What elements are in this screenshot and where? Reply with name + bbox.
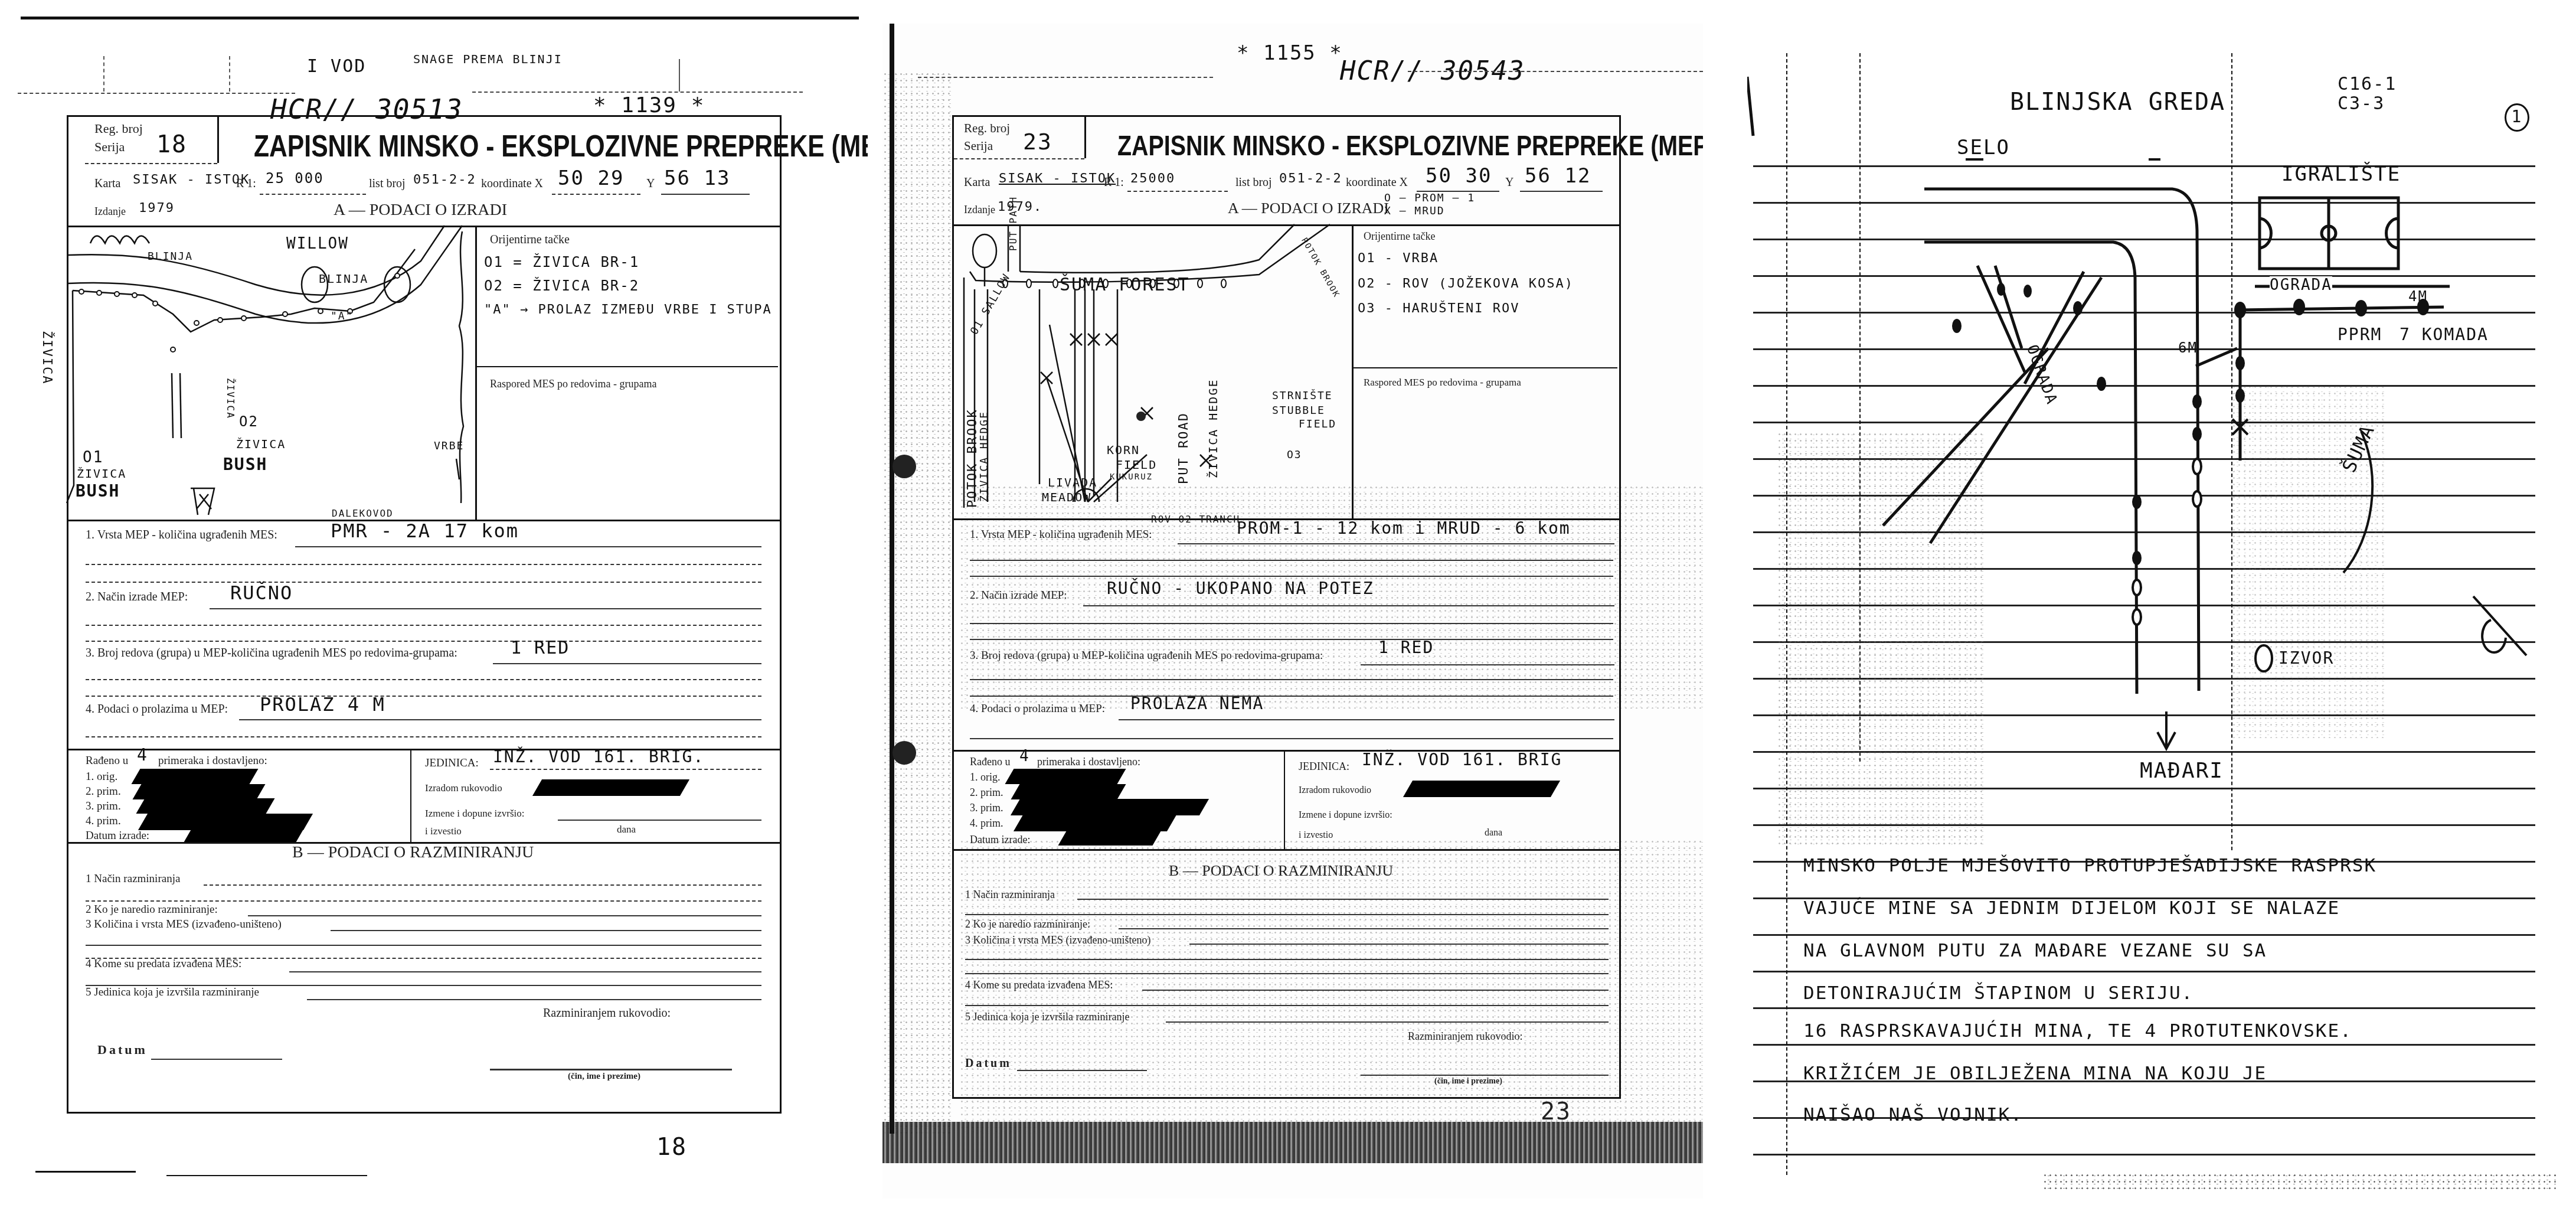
item-4-label: 4. Podaci o prolazima u MEP: (86, 703, 228, 716)
document-page-2: * 1155 * HCR// 30543 Reg. broj Serija 23… (882, 24, 1703, 1199)
item-line (86, 696, 761, 697)
sketch-label-o2: O2 (239, 413, 259, 430)
radeno-post: primeraka i dostavljeno: (158, 755, 267, 768)
form-title: ZAPISNIK MINSKO - EKSPLOZIVNE PREPREKE (… (254, 129, 868, 164)
razminiranjem-label: Razminiranjem rukovodio: (1408, 1030, 1522, 1043)
orientation-label: Orijentirne tačke (490, 233, 570, 247)
karta-label: Karta (94, 177, 120, 191)
scan-noise (2042, 1172, 2556, 1190)
section-a-heading: A — PODACI O IZRADI (1228, 200, 1389, 217)
orientation-point-3: O3 - HARUŠTENI ROV (1358, 301, 1519, 316)
copy-row-4: 4. prim. (86, 815, 121, 828)
notebook-rule-line (1753, 934, 2535, 936)
orientation-label: Orijentirne tačke (1364, 230, 1435, 243)
koord-y-label: Y (646, 177, 655, 191)
signature-caption: (čin, ime i prezime) (568, 1072, 640, 1082)
orientation-point-3: "A" → PROLAZ IZMEĐU VRBE I STUPA (484, 302, 772, 317)
note-line-3: NA GLAVNOM PUTU ZA MAĐARE VEZANE SU SA (1803, 940, 2267, 961)
scan-edge-dark (882, 1122, 1703, 1163)
y-underline (1520, 191, 1603, 192)
margin-marks (918, 77, 1213, 78)
izmene-label: Izmene i dopune izvršio: (1299, 810, 1392, 821)
b-line (307, 999, 761, 1000)
izradom-label: Izradom rukovodio (425, 782, 502, 794)
item-3-label: 3. Broj redova (grupa) u MEP-količina ug… (86, 647, 457, 660)
sketch-label-dalekovod: DALEKOVOD (332, 508, 394, 519)
raspored-divider (1352, 367, 1617, 368)
scan-edge-line (35, 1171, 136, 1173)
sketch-label-komada: 7 KOMADA (2400, 325, 2489, 344)
koord-y-value: 56 13 (664, 167, 730, 190)
sketch-label-kukuruz: KUKURUZ (1110, 472, 1153, 482)
b-line (1142, 990, 1609, 991)
sketch-label-pprm: PPRM (2338, 325, 2382, 344)
margin-tick (103, 56, 104, 92)
izdanje-value: 1979 (139, 201, 175, 216)
b-item-4: 4 Kome su predata izvađena MES: (86, 958, 241, 971)
signature-line (1361, 1075, 1609, 1076)
datum-label: Datum (97, 1042, 148, 1057)
item-1-value: PMR - 2A 17 kom (331, 520, 519, 542)
izradom-label: Izradom rukovodio (1299, 785, 1371, 796)
item-line (970, 639, 1613, 640)
r-underline (1127, 191, 1228, 192)
b-line (1077, 899, 1609, 900)
b-line (965, 959, 1609, 960)
scan-edge-line (166, 1175, 367, 1176)
jedinica-value: INŽ. VOD 161. BRIG. (493, 747, 704, 766)
sketch-label-bush-1: BUSH (76, 481, 120, 501)
b-line (248, 915, 761, 916)
document-page-3: BLINJSKA GREDA C16-1 C3-3 1 (1747, 53, 2559, 1193)
redaction (136, 798, 274, 814)
item-1-label: 1. Vrsta MEP - količina ugrađenih MES: (970, 528, 1152, 541)
razminiranjem-label: Razminiranjem rukovodio: (543, 1007, 671, 1020)
item-4-value: PROLAZ 4 M (260, 693, 385, 716)
list-label: list broj (1235, 176, 1272, 190)
sketch-label-willow: WILLOW (286, 235, 349, 253)
sketch-label-ograda-top: OGRADA (2270, 276, 2332, 294)
b-line (1189, 944, 1609, 945)
sketch-label-zivica-left: ŽIVICA (40, 331, 54, 384)
r-label: R 1: (1104, 176, 1124, 190)
reg-box-bottom (85, 163, 217, 164)
copy-row-3: 3. prim. (86, 800, 121, 813)
redaction (131, 769, 258, 784)
unit-line (558, 820, 761, 821)
sketch-label-blinja-1: BLINJA (148, 250, 193, 263)
sketch-label-zivica-o1: ŽIVICA (77, 466, 126, 481)
copy-row-2: 2. prim. (970, 786, 1003, 799)
item-line (970, 738, 1613, 739)
b-item-5: 5 Jedinica koja je izvršila razminiranje (965, 1011, 1129, 1023)
b-line (86, 945, 761, 946)
b-line (965, 914, 1609, 915)
orientation-point-2: O2 = ŽIVICA BR-2 (484, 278, 639, 294)
item-line (86, 582, 761, 583)
radeno-count: 4 (137, 745, 148, 765)
item-line (970, 576, 1613, 577)
item-line (1361, 664, 1614, 665)
notebook-rule-line (1753, 1044, 2535, 1046)
r-value: 25000 (1130, 171, 1175, 186)
minefield-sketch (67, 226, 475, 520)
list-value: 051-2-2 (413, 172, 476, 187)
sketch-label-strniste: STRNIŠTE (1272, 390, 1333, 402)
notebook-rule-line (1753, 1154, 2535, 1155)
reg-box-divider (217, 117, 219, 163)
r-underline (260, 194, 366, 195)
r-value: 25 000 (266, 170, 324, 187)
unit-line (490, 769, 761, 770)
b-item-3: 3 Količina i vrsta MES (izvađeno-uništen… (86, 918, 282, 931)
note-line-5: 16 RASPRSKAVAJUĆIH MINA, TE 4 PROTUTENKO… (1803, 1020, 2352, 1042)
sketch-label-field: FIELD (1116, 458, 1157, 472)
stamp-number: * 1139 * (593, 93, 705, 117)
sketch-label-korn: KORN (1107, 443, 1140, 457)
redaction (1011, 784, 1126, 799)
notebook-rule-line (1753, 1007, 2535, 1009)
note-line-2: VAJUĆE MINE SA JEDNIM DIJELOM KOJI SE NA… (1803, 897, 2340, 919)
b-item-5: 5 Jedinica koja je izvršila razminiranje (86, 986, 259, 999)
datum-line (151, 1059, 282, 1060)
item-line (239, 719, 761, 720)
stamp-number: * 1155 * (1237, 41, 1343, 65)
b-line (1119, 928, 1609, 929)
b-line (965, 1005, 1609, 1006)
list-value: 051-2-2 (1279, 171, 1342, 186)
sketch-label-igraliste: IGRALIŠTE (2281, 162, 2401, 186)
page-number: 18 (656, 1134, 687, 1161)
jedinica-label: JEDINICA: (425, 757, 479, 770)
margin-marks (18, 93, 295, 94)
copy-row-1: 1. orig. (970, 771, 1001, 784)
item-3-value: 1 RED (511, 638, 570, 658)
koord-y-value: 56 12 (1525, 164, 1591, 188)
serija-label: Serija (94, 139, 125, 155)
section-b-heading: B — PODACI O RAZMINIRANJU (1169, 862, 1393, 880)
sketch-label-zivica-hedge: ŽIVICA HEDGE (978, 411, 990, 502)
dana-label: dana (1485, 828, 1502, 838)
sketch-label-o1: O1 (83, 449, 103, 466)
sketch-label-bush-2: BUSH (223, 455, 267, 474)
reg-label: Reg. broj (964, 121, 1010, 136)
scan-edge-left (890, 24, 894, 1134)
redaction (1403, 781, 1560, 797)
item-line (970, 696, 1613, 697)
signature-line (490, 1069, 732, 1070)
binder-hole (893, 741, 916, 765)
b-line (331, 930, 761, 931)
b-line (965, 973, 1609, 974)
redaction (1005, 769, 1126, 784)
raspored-label: Raspored MES po redovima - grupama (1364, 377, 1521, 389)
sketch-label-stubble-field: FIELD (1299, 418, 1336, 430)
sketch-label-meadow: MEADOW (1042, 490, 1091, 504)
sketch-label-suma: ŠUMA FOREST (1060, 275, 1190, 295)
reg-box-divider (1084, 117, 1086, 158)
r-label: R 1: (236, 177, 256, 191)
b-line (1166, 1021, 1609, 1023)
sketch-label-put-road: PUT ROAD (1176, 412, 1191, 484)
radeno-post: primeraka i dostavljeno: (1037, 756, 1140, 768)
item-line (1083, 605, 1614, 606)
sketch-label-zivica-hedge-2: ŽIVICA HEDGE (1206, 379, 1220, 479)
minefield-sketch (1747, 53, 2559, 821)
item-4-label: 4. Podaci o prolazima u MEP: (970, 703, 1105, 716)
koord-y-label: Y (1505, 176, 1513, 190)
reg-box-bottom (954, 158, 1084, 159)
raspored-label: Raspored MES po redovima - grupama (490, 378, 656, 390)
item-line (493, 663, 761, 664)
sketch-label-vrbe: VRBE (434, 440, 464, 452)
item-4-value: PROLAZA NEMA (1130, 694, 1264, 713)
izvestio-label: i izvestio (425, 825, 462, 837)
b-item-1: 1 Način razminiranja (965, 889, 1055, 901)
section-b-heading: B — PODACI O RAZMINIRANJU (292, 843, 534, 862)
item-3-label: 3. Broj redova (grupa) u MEP-količina ug… (970, 649, 1323, 662)
redaction (132, 784, 265, 799)
scan-edge-line (21, 17, 859, 19)
sketch-label-blinja-2: BLINJA (319, 272, 368, 286)
izdanje-label: Izdanje (94, 205, 126, 218)
reg-label: Reg. broj (94, 121, 143, 136)
item-2-label: 2. Način izrade MEP: (86, 590, 188, 604)
koord-x-value: 50 29 (558, 167, 624, 190)
raspored-divider (475, 366, 778, 367)
item-3-value: 1 RED (1378, 638, 1434, 657)
item-2-label: 2. Način izrade MEP: (970, 589, 1067, 602)
redaction (532, 779, 689, 796)
item-line (86, 641, 761, 642)
copy-row-3: 3. prim. (970, 802, 1003, 814)
item-line (86, 679, 761, 680)
item-line (970, 560, 1613, 561)
platoon-note: I VOD (307, 56, 366, 77)
b-item-4: 4 Kome su predata izvađena MES: (965, 979, 1113, 991)
serija-label: Serija (964, 139, 993, 154)
legend-note-1: O – PROM – 1 (1384, 192, 1475, 204)
margin-tick (229, 56, 230, 92)
sketch-label-6m: 6M (2178, 340, 2198, 356)
item-line (295, 546, 761, 547)
note-line-7: NAIŠAO NAŠ VOJNIK. (1803, 1104, 2023, 1125)
legend-note-2: X – MRUD (1384, 205, 1445, 217)
note-line-6: KRIŽIĆEM JE OBILJEŽENA MINA NA KOJU JE (1803, 1063, 2267, 1084)
margin-marks (472, 92, 803, 93)
x-underline (552, 194, 640, 195)
margin-marks (1408, 71, 1703, 72)
sketch-label-stubble: STUBBLE (1272, 404, 1325, 417)
jedinica-label: JEDINICA: (1299, 760, 1349, 773)
orientation-point-2: O2 - ROV (JOŽEKOVA KOSA) (1358, 276, 1574, 291)
copy-row-1: 1. orig. (86, 771, 117, 784)
section-divider (952, 849, 1619, 851)
serija-value: 23 (1023, 129, 1052, 155)
document-page-1: I VOD SNAGE PREMA BLINJI HCR// 30513 * 1… (0, 0, 868, 1211)
b-item-2: 2 Ko je naredio razminiranje: (965, 918, 1090, 931)
sketch-label-izvor: IZVOR (2278, 648, 2334, 668)
radeno-pre: Rađeno u (970, 756, 1010, 768)
copies-divider (410, 749, 411, 842)
koord-x-value: 50 30 (1426, 164, 1492, 188)
redaction (1058, 830, 1161, 846)
izdanje-label: Izdanje (964, 204, 995, 216)
b-item-2: 2 Ko je naredio razminiranje: (86, 903, 218, 916)
sketch-label-selo: SELO (1957, 136, 2010, 159)
signature-caption: (čin, ime i prezime) (1434, 1077, 1502, 1086)
redaction (183, 828, 304, 843)
item-line (86, 564, 761, 565)
column-divider (1352, 224, 1354, 518)
karta-value: SISAK - ISTOK (133, 172, 250, 187)
sketch-label-zivica-mid: ŽIVICA (225, 378, 236, 419)
karta-label: Karta (964, 176, 990, 190)
note-line-1: MINSKO POLJE MJEŠOVITO PROTUPJEŠADIJSKE … (1803, 855, 2376, 876)
item-1-value: PROM-1 - 12 kom i MRUD - 6 kom (1237, 518, 1571, 538)
koord-x-label: koordinate X (481, 177, 543, 191)
b-item-1: 1 Način razminiranja (86, 873, 180, 886)
item-line (1119, 719, 1614, 720)
orientation-point-1: O1 = ŽIVICA BR-1 (484, 254, 639, 270)
handwritten-note: SNAGE PREMA BLINJI (413, 52, 563, 66)
y-underline (661, 194, 750, 195)
page-number: 23 (1541, 1098, 1571, 1125)
datum-izrade-label: Datum izrade: (86, 830, 149, 843)
margin-tick (679, 59, 680, 92)
serija-value: 18 (156, 131, 187, 158)
orientation-point-1: O1 - VRBA (1358, 251, 1439, 266)
form-title: ZAPISNIK MINSKO - EKSPLOZIVNE PREPREKE (… (1117, 130, 1703, 162)
column-divider (475, 226, 477, 520)
copies-divider (1284, 750, 1285, 849)
datum-izrade-label: Datum izrade: (970, 834, 1030, 846)
item-2-value: RUČNO - UKOPANO NA POTEZ (1107, 579, 1374, 598)
list-label: list broj (369, 177, 406, 191)
copy-row-2: 2. prim. (86, 785, 121, 798)
item-line (86, 736, 761, 737)
sketch-label-livada: LIVADA (1048, 475, 1097, 489)
sketch-label-put-path: PUT PATH (1008, 196, 1019, 251)
redaction (1014, 815, 1176, 831)
jedinica-value: INŽ. VOD 161. BRIG (1362, 750, 1562, 769)
izvestio-label: i izvestio (1299, 830, 1333, 841)
b-item-3: 3 Količina i vrsta MES (izvađeno-uništen… (965, 934, 1150, 946)
note-line-4: DETONIRAJUĆIM ŠTAPINOM U SERIJU. (1803, 982, 2193, 1004)
dana-label: dana (617, 824, 636, 835)
sketch-label-madzari: MAĐARI (2140, 759, 2224, 783)
sketch-label-o3: O3 (1287, 449, 1302, 461)
koord-x-label: koordinate X (1346, 176, 1408, 190)
item-line (970, 623, 1613, 624)
notebook-rule-line (1753, 971, 2535, 972)
item-1-label: 1. Vrsta MEP - količina ugrađenih MES: (86, 528, 277, 542)
item-line (970, 679, 1613, 680)
binder-hole (893, 455, 916, 478)
item-line (1178, 543, 1614, 544)
datum-label: Datum (965, 1057, 1012, 1070)
b-line (86, 900, 761, 902)
b-line (204, 884, 761, 886)
item-2-value: RUČNO (230, 582, 293, 604)
section-a-heading: A — PODACI O IZRADI (334, 201, 507, 220)
datum-line (1017, 1070, 1147, 1071)
item-line (210, 608, 761, 609)
radeno-count: 4 (1019, 748, 1030, 765)
radeno-pre: Rađeno u (86, 755, 128, 768)
b-line (289, 971, 761, 972)
karta-value: SISAK - ISTOK (999, 171, 1116, 186)
sketch-label-4m: 4M (2408, 288, 2428, 305)
izdanje-value: 1979. (998, 200, 1042, 214)
sketch-label-passage-a: "A" (331, 310, 354, 322)
sketch-label-zivica-o2: ŽIVICA (236, 437, 286, 451)
izmene-label: Izmene i dopune izvršio: (425, 808, 525, 820)
copy-row-4: 4. prim. (970, 817, 1003, 830)
item-line (86, 625, 761, 626)
redaction (1011, 799, 1209, 815)
